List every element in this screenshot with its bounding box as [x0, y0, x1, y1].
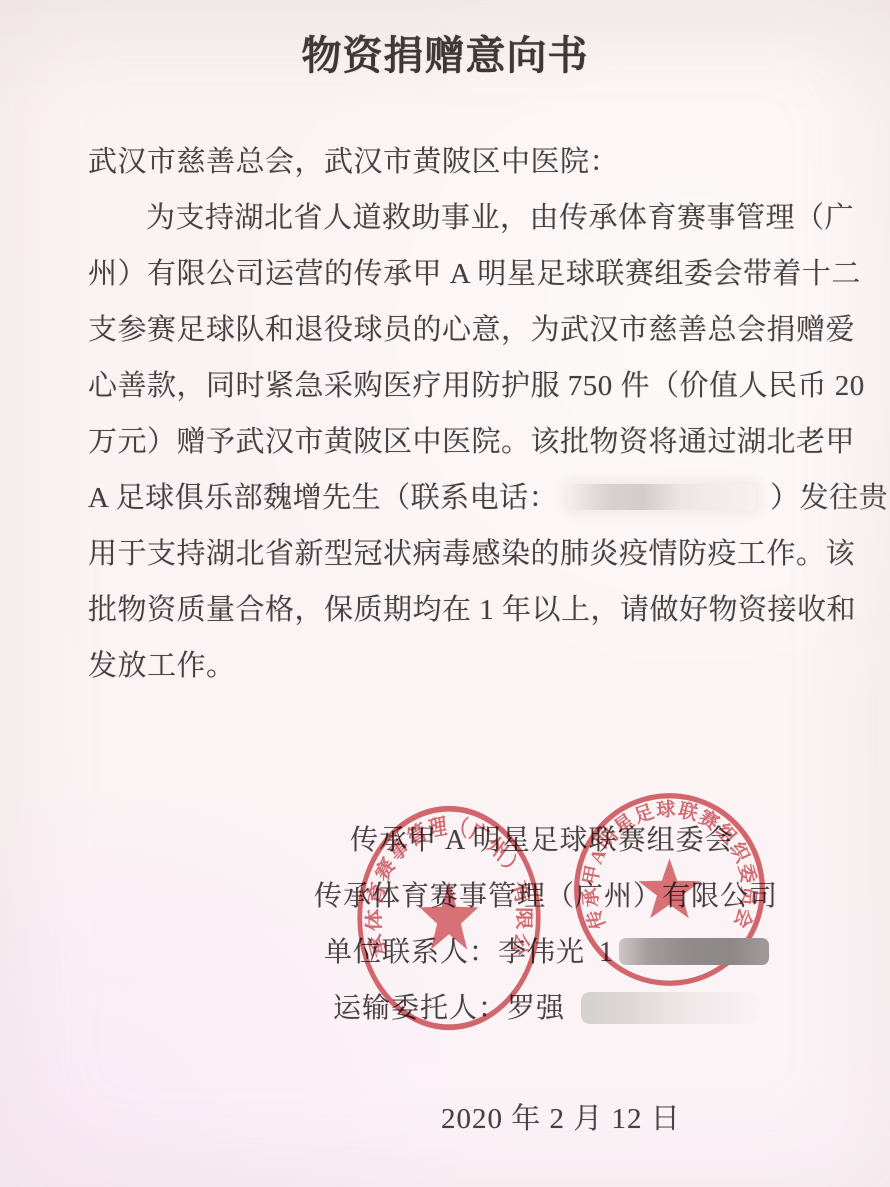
body-line: 心善款，同时紧急采购医疗用防护服 750 件（价值人民币 20 — [88, 358, 848, 414]
redacted-contact-phone — [619, 938, 769, 965]
signature-org-line-2: 传承体育赛事管理（广州）有限公司 — [314, 874, 778, 914]
signature-org-line-1: 传承甲 A 明星足球联赛组委会 — [350, 818, 734, 858]
body-line-text: ）发往贵院， — [770, 482, 890, 514]
body-line: 用于支持湖北省新型冠状病毒感染的肺炎疫情防疫工作。该 — [88, 526, 848, 582]
body-line: 发放工作。 — [88, 638, 848, 694]
transport-name: 罗强 — [507, 993, 565, 1024]
contact-person-line: 单位联系人：李伟光1 — [324, 930, 769, 970]
salutation-line: 武汉市慈善总会，武汉市黄陂区中医院： — [88, 134, 848, 190]
body-line: 州）有限公司运营的传承甲 A 明星足球联赛组委会带着十二 — [88, 246, 848, 302]
redacted-transport-phone — [581, 992, 759, 1024]
document-title: 物资捐赠意向书 — [0, 24, 890, 81]
body-line-with-redaction: A 足球俱乐部魏增先生（联系电话：）发往贵院， — [88, 470, 848, 526]
transport-label: 运输委托人： — [333, 993, 507, 1024]
contact-phone-visible-digit: 1 — [599, 937, 614, 968]
contact-label: 单位联系人： — [324, 937, 498, 968]
body-line: 支参赛足球队和退役球员的心意，为武汉市慈善总会捐赠爱 — [88, 302, 848, 358]
transport-person-line: 运输委托人：罗强 — [333, 986, 759, 1026]
body-line: 为支持湖北省人道救助事业，由传承体育赛事管理（广 — [88, 190, 848, 246]
redacted-phone-number — [568, 484, 756, 510]
body-line: 万元）赠予武汉市黄陂区中医院。该批物资将通过湖北老甲 — [88, 414, 848, 470]
letter-body: 武汉市慈善总会，武汉市黄陂区中医院： 为支持湖北省人道救助事业，由传承体育赛事管… — [88, 134, 848, 694]
body-line-text: A 足球俱乐部魏增先生（联系电话： — [88, 482, 558, 514]
body-line: 批物资质量合格，保质期均在 1 年以上，请做好物资接收和 — [88, 582, 848, 638]
contact-name: 李伟光 — [498, 937, 585, 968]
date-line: 2020 年 2 月 12 日 — [441, 1096, 681, 1137]
